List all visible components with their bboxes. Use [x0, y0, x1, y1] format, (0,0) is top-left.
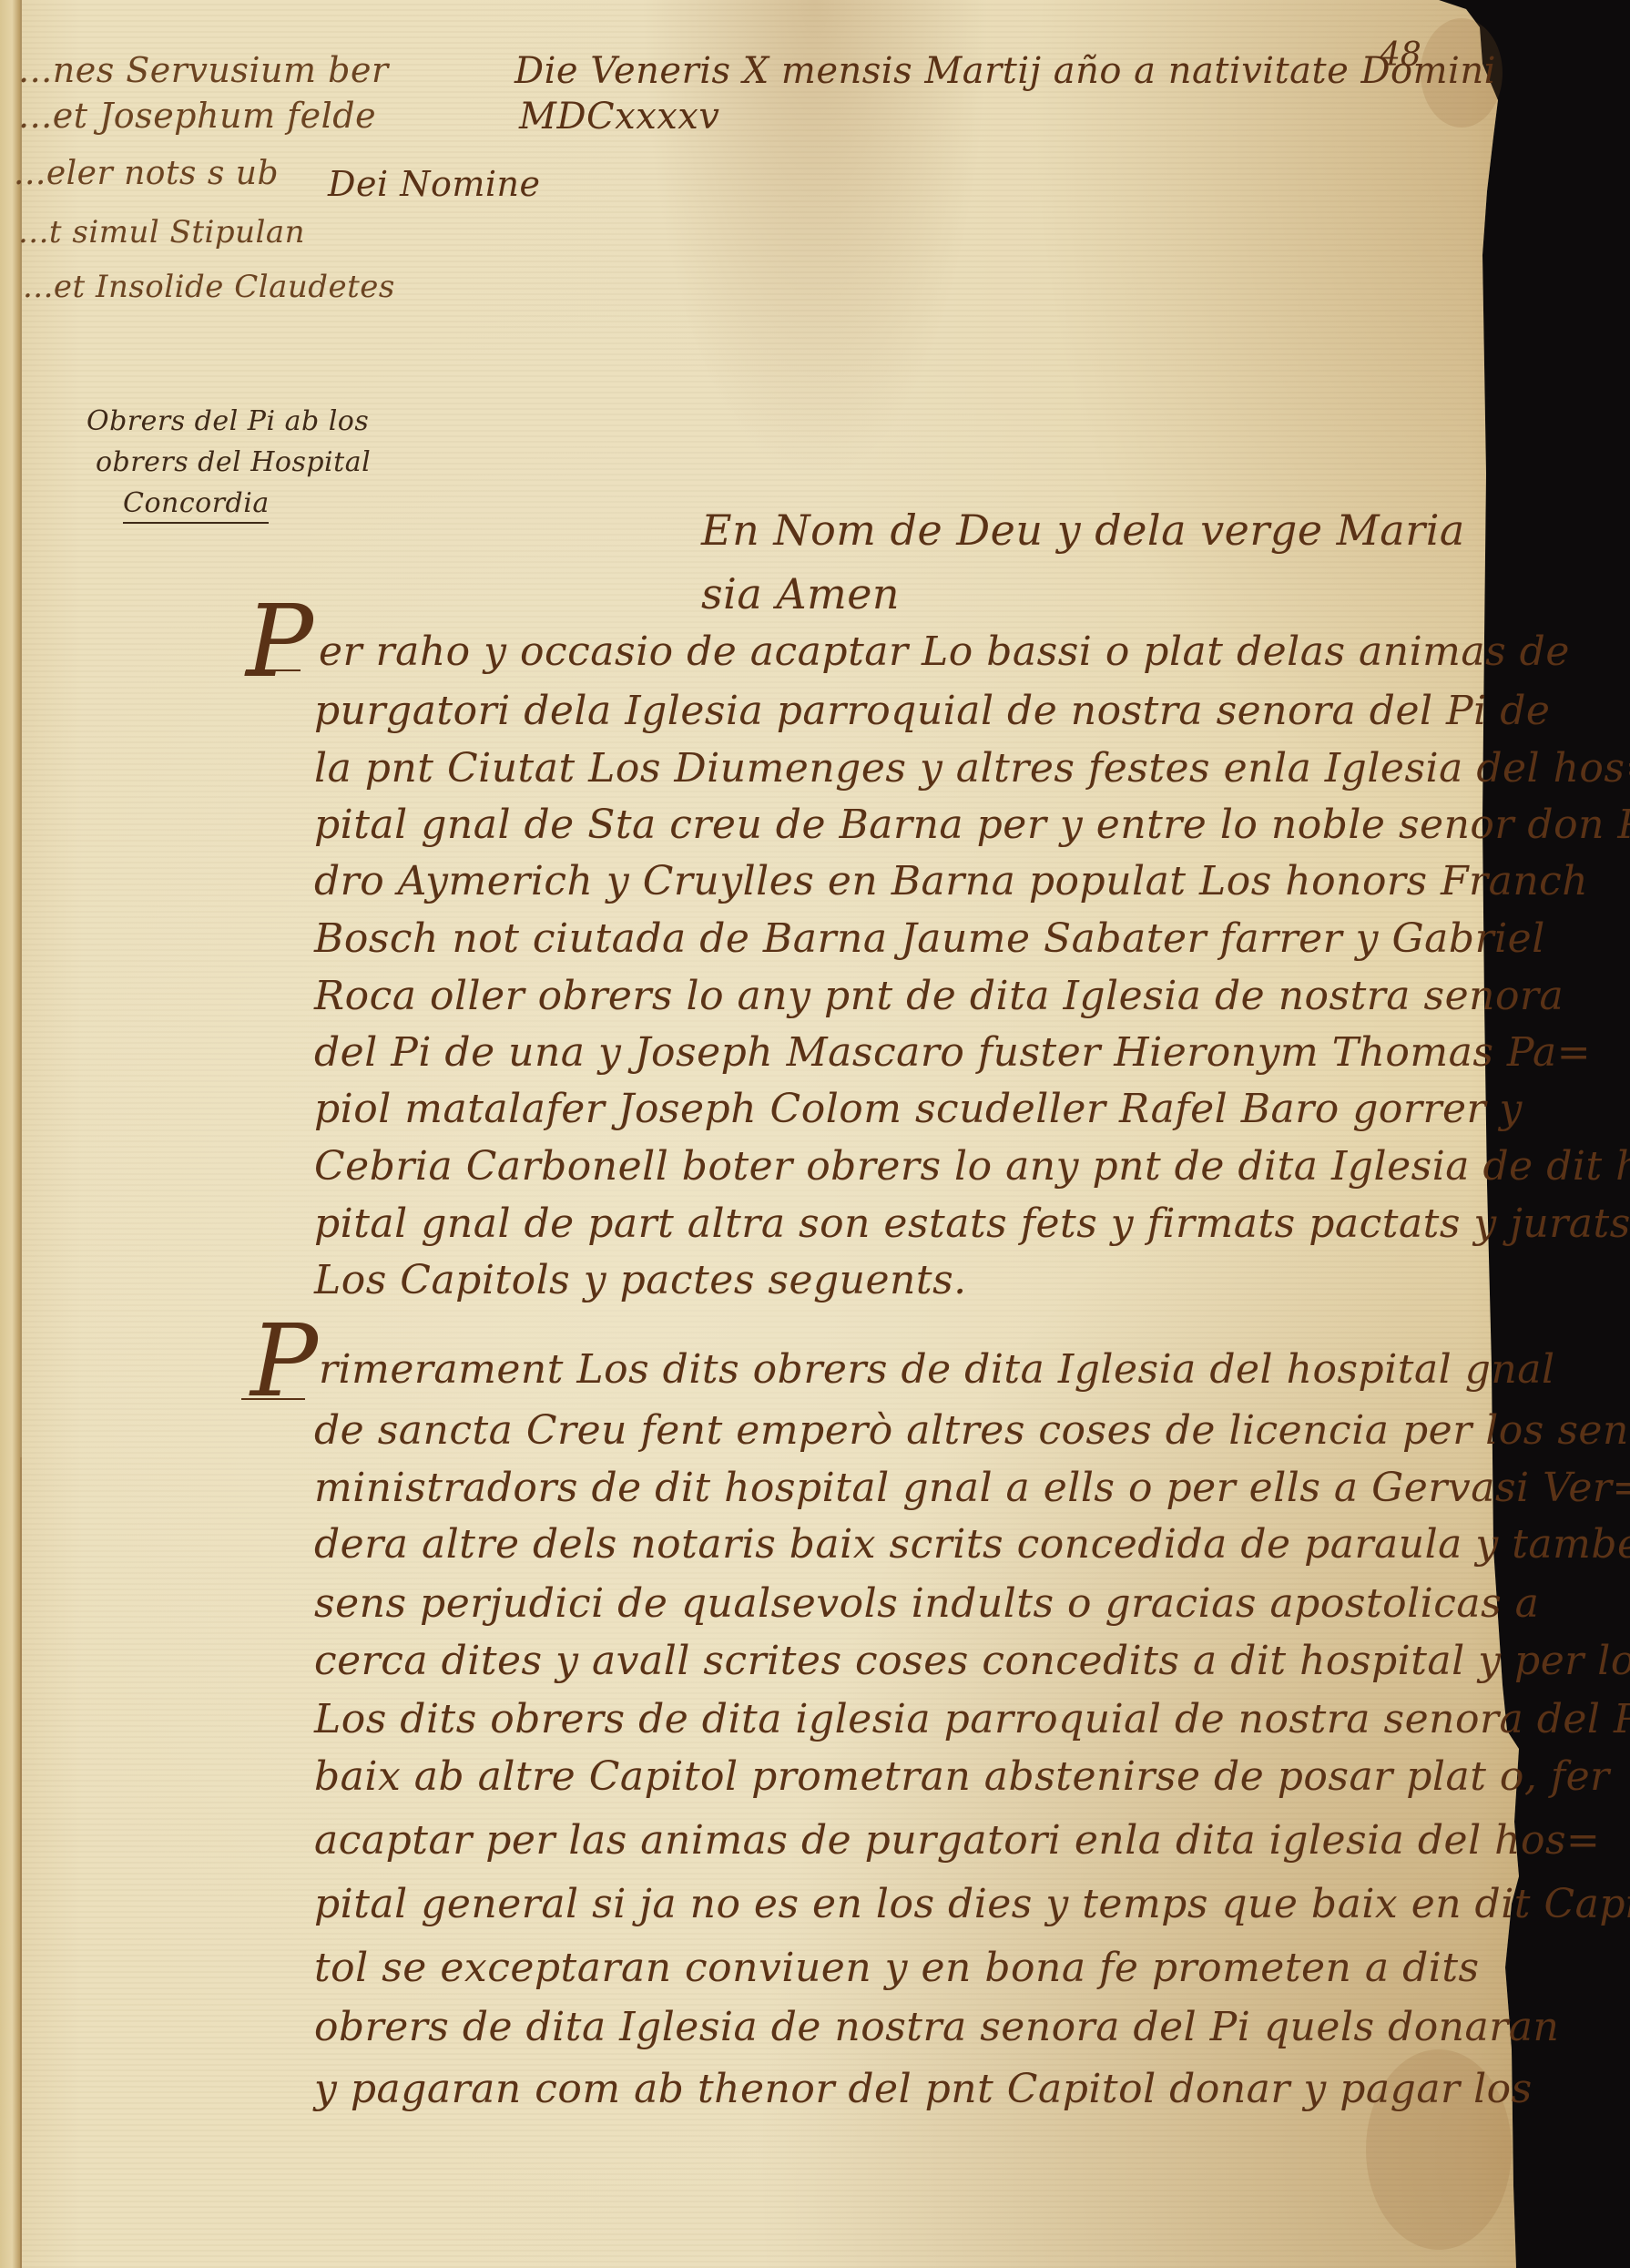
- text-line: ministradors de dit hospital gnal a ells…: [314, 1465, 1630, 1511]
- text-line: Bosch not ciutada de Barna Jaume Sabater…: [314, 915, 1545, 962]
- manuscript-page-photo: 48 ...nes Servusium ber ...et Josephum f…: [0, 0, 1630, 2268]
- text-line: y pagaran com ab thenor del pnt Capitol …: [314, 2066, 1533, 2112]
- initial-flourish: [246, 669, 301, 671]
- text-line: baix ab altre Capitol prometran abstenir…: [314, 1753, 1610, 1800]
- text-line: tol se exceptaran conviuen y en bona fe …: [314, 1945, 1480, 1991]
- text-line: piol matalafer Joseph Colom scudeller Ra…: [314, 1086, 1523, 1132]
- subject-note-line: Concordia: [123, 487, 270, 519]
- margin-note-line: ...et Josephum felde: [18, 96, 376, 136]
- text-line: de sancta Creu fent emperò altres coses …: [314, 1407, 1630, 1454]
- text-line: Cebria Carbonell boter obrers lo any pnt…: [314, 1143, 1630, 1190]
- title-line: sia Amen: [701, 569, 900, 618]
- text-line: acaptar per las animas de purgatori enla…: [314, 1817, 1600, 1864]
- text-line: pital gnal de Sta creu de Barna per y en…: [314, 802, 1630, 848]
- subject-note-line: obrers del Hospital: [96, 446, 371, 478]
- date-line: Die Veneris X mensis Martij año a nativi…: [514, 50, 1496, 92]
- paper-sheet: [0, 0, 1630, 2268]
- underline-rule: [123, 522, 269, 524]
- text-line: sens perjudici de qualsevols indults o g…: [314, 1580, 1539, 1627]
- date-year-line: MDCxxxxv: [519, 96, 719, 138]
- text-line: pital gnal de part altra son estats fets…: [314, 1200, 1630, 1247]
- subject-note-line: Obrers del Pi ab los: [87, 405, 369, 437]
- binding-edge: [0, 0, 22, 2268]
- text-line: purgatori dela Iglesia parroquial de nos…: [314, 688, 1550, 734]
- margin-note-line: ...t simul Stipulan: [18, 214, 305, 250]
- text-line: dro Aymerich y Cruylles en Barna populat…: [314, 858, 1588, 904]
- text-line: Los dits obrers de dita iglesia parroqui…: [314, 1696, 1630, 1742]
- decorated-initial: P: [250, 1303, 318, 1419]
- text-line: cerca dites y avall scrites coses conced…: [314, 1638, 1630, 1684]
- margin-note-line: ...et Insolide Claudetes: [23, 269, 395, 305]
- invocation-line: Dei Nomine: [328, 164, 540, 204]
- text-line: del Pi de una y Joseph Mascaro fuster Hi…: [314, 1029, 1591, 1076]
- title-line: En Nom de Deu y dela verge Maria: [701, 506, 1465, 555]
- margin-note-line: ...eler nots s ub: [14, 155, 279, 192]
- text-line: rimerament Los dits obrers de dita Igles…: [319, 1346, 1555, 1393]
- text-line: dera altre dels notaris baix scrits conc…: [314, 1521, 1630, 1568]
- text-line: Roca oller obrers lo any pnt de dita Igl…: [314, 973, 1564, 1019]
- text-line: pital general si ja no es en los dies y …: [314, 1881, 1630, 1927]
- decorated-initial: P: [246, 583, 313, 700]
- margin-note-line: ...nes Servusium ber: [18, 50, 389, 90]
- text-line: obrers de dita Iglesia de nostra senora …: [314, 2004, 1559, 2050]
- text-line: Los Capitols y pactes seguents.: [314, 1257, 967, 1303]
- text-line: er raho y occasio de acaptar Lo bassi o …: [319, 628, 1570, 675]
- text-line: la pnt Ciutat Los Diumenges y altres fes…: [314, 745, 1630, 792]
- binding-fold: [20, 1457, 33, 2268]
- initial-flourish: [241, 1398, 305, 1400]
